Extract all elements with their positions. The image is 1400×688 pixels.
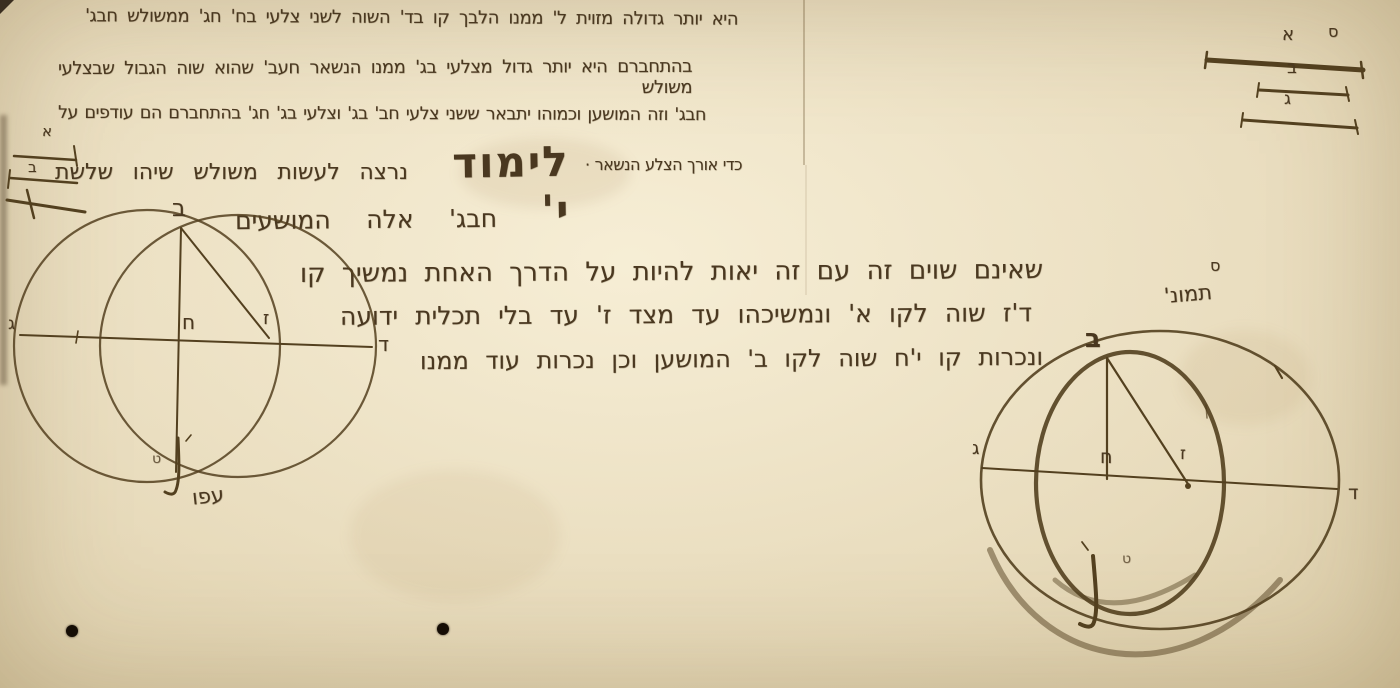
pricking-dot-left — [66, 625, 78, 637]
left-figure-label-bottom: ט — [152, 452, 161, 466]
left-margin-line-1-tick — [74, 146, 77, 166]
left-margin-line-2-tick — [8, 170, 10, 188]
left-figure-circle-left — [14, 210, 280, 482]
right-figure-caption: תמונ' — [1163, 282, 1213, 307]
text-line-1: היא יותר גדולה מזוית ל' ממנו הלבך קו בד'… — [85, 6, 738, 30]
left-figure-horizontal-line — [20, 335, 372, 347]
right-figure-bottom-tick — [1082, 542, 1088, 550]
right-figure-label-right-end: ד — [1348, 484, 1358, 503]
left-figure — [0, 195, 400, 525]
left-margin-line-1 — [14, 156, 76, 160]
left-margin-label-1: א — [42, 124, 52, 139]
right-figure-label-right-inner: ז — [1180, 446, 1186, 463]
left-figure-label-left-end: ג — [8, 316, 15, 333]
left-figure-label-right-inner: ז — [263, 310, 269, 328]
text-line-3: חבג' וזה המושען וכמוהו יתבאר ששני צלעי ח… — [58, 103, 706, 125]
text-line-4-left: נרצה לעשות משולש שיהו שלשת — [55, 160, 408, 185]
left-figure-label-top: ב — [172, 196, 186, 220]
margin-top-right-label-1: א — [1282, 26, 1294, 44]
text-line-2: בהתחברם היא יותר גדול מצלעי בג' ממנו הנש… — [58, 57, 692, 101]
given-line-2-left-tick — [1257, 83, 1259, 97]
text-line-8: ונכרות קו י'ח שוה לקו ב' המושען וכן נכרו… — [420, 344, 1043, 376]
right-figure-label-left-end: ג — [972, 440, 979, 458]
left-figure-tick — [76, 331, 78, 343]
right-figure-point-dot — [1185, 483, 1191, 489]
left-margin-line-3 — [7, 200, 85, 212]
text-line-6: שאינם שוים זה עם זה יאות להיות על הדרך ה… — [300, 256, 1043, 290]
right-figure-slant-line — [1107, 358, 1188, 484]
right-figure-letter-above: ס — [1210, 258, 1220, 274]
text-line-7: ד'ז שוה לקו א' ונמשיכהו עד מצד ז' עד בלי… — [340, 299, 1032, 331]
given-line-3 — [1243, 120, 1357, 128]
margin-top-right-letter-s: ס — [1328, 24, 1338, 40]
given-line-1-left-tick — [1205, 52, 1207, 68]
margin-top-right-label-3: ג — [1284, 91, 1291, 108]
pricking-dot-right — [437, 623, 449, 635]
left-figure-label-right-end: ד — [378, 334, 389, 354]
given-line-3-left-tick — [1241, 113, 1243, 127]
right-figure-label-bottom: ט — [1122, 552, 1131, 566]
margin-top-right-label-2: ב — [1287, 60, 1297, 77]
left-figure-bottom-tick — [186, 435, 191, 441]
right-figure-label-top: ב — [1085, 326, 1101, 352]
text-line-4-right: כדי אורך הצלע הנשאר · — [585, 156, 742, 174]
right-figure-small-mark — [1206, 405, 1207, 418]
fold-crease — [803, 0, 805, 165]
page-corner-mark — [0, 0, 14, 14]
left-margin-line-2 — [10, 178, 77, 183]
given-line-1 — [1207, 60, 1363, 70]
given-line-1-right-tick — [1361, 62, 1363, 78]
left-figure-caption: עפו — [191, 484, 225, 508]
left-figure-label-center: ח — [182, 312, 195, 332]
left-figure-vertical-line — [176, 228, 181, 472]
manuscript-page: היא יותר גדולה מזוית ל' ממנו הלבך קו בד'… — [0, 0, 1400, 688]
left-margin-label-2: ב — [28, 160, 37, 175]
right-figure-label-center: ח — [1100, 448, 1112, 467]
given-line-2 — [1259, 90, 1348, 95]
